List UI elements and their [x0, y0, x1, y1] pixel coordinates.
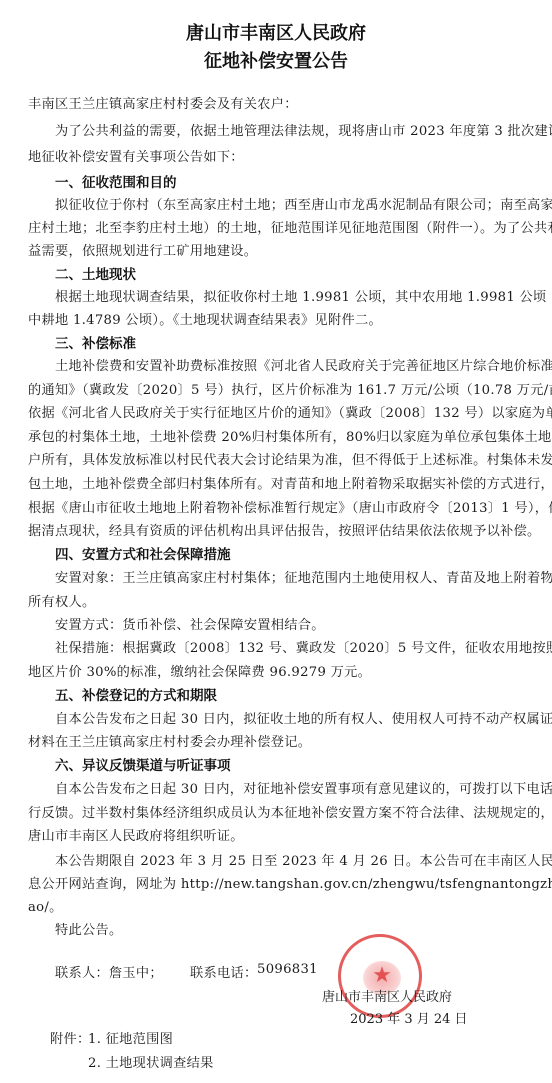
attachment-item: 1. 征地范围图	[88, 1028, 173, 1047]
addressee: 丰南区王兰庄镇高家庄村村委会及有关农户：	[28, 93, 298, 112]
body-line: 社保措施：根据冀政〔2008〕132 号、冀政发〔2020〕5 号文件，征收农用…	[55, 637, 552, 656]
body-line: 安置对象：王兰庄镇高家庄村村集体；征地范围内土地使用权人、青苗及地上附着物	[55, 567, 552, 586]
signature-organization: 唐山市丰南区人民政府	[322, 986, 452, 1005]
intro-line: 为了公共利益的需要，依据土地管理法律法规，现将唐山市 2023 年度第 3 批次…	[55, 120, 552, 139]
url-line: 息公开网站查询，网址为 http://new.tangshan.gov.cn/z…	[28, 873, 552, 892]
body-line: 行反馈。过半数村集体经济组织成员认为本征地补偿安置方案不符合法律、法规规定的，	[28, 802, 552, 821]
body-line: 本公告期限自 2023 年 3 月 25 日至 2023 年 4 月 26 日。…	[55, 850, 552, 869]
section-heading-objection: 六、异议反馈渠道与听证事项	[55, 754, 231, 774]
attachment-item: 2. 土地现状调查结果	[88, 1052, 214, 1071]
body-line: 益需要，依照规划进行工矿用地建设。	[28, 240, 257, 259]
body-line: 据清点现状，经具有资质的评估机构出具评估报告，按照评估结果依法依规予以补偿。	[28, 520, 541, 539]
body-line: 庄村土地；北至李豹庄村土地）的土地，征地范围详见征地范围图（附件一）。为了公共利	[28, 217, 552, 236]
contact-person: 联系人：詹玉中；	[55, 962, 163, 981]
body-line: 所有权人。	[28, 591, 95, 610]
section-heading-land-status: 二、土地现状	[55, 263, 136, 283]
body-line: 拟征收位于你村（东至高家庄村土地；西至唐山市龙禹水泥制品有限公司；南至高家	[55, 194, 552, 213]
body-line: 承包的村集体土地，土地补偿费 20%归村集体所有，80%归以家庭为单位承包集体土…	[28, 426, 552, 445]
document-title-line1: 唐山市丰南区人民政府	[0, 19, 552, 45]
contact-phone-label: 联系电话：	[190, 962, 257, 981]
attachments-label: 附件：	[50, 1028, 90, 1047]
body-line: 依据《河北省人民政府关于实行征地区片价的通知》（冀政〔2008〕132 号）以家…	[28, 402, 552, 421]
body-line: 土地补偿费和安置补助费标准按照《河北省人民政府关于完善征地区片综合地价标准	[55, 355, 552, 374]
body-line: 唐山市丰南区人民政府将组织听证。	[28, 825, 244, 844]
body-line: 材料在王兰庄镇高家庄村村委会办理补偿登记。	[28, 731, 311, 750]
body-line: 地区片价 30%的标准，缴纳社会保障费 96.9279 万元。	[28, 661, 371, 680]
body-line: 户所有，具体发放标准以村民代表大会讨论结果为准，但不得低于上述标准。村集体未发	[28, 449, 552, 468]
body-line: 根据土地现状调查结果，拟征收你村土地 1.9981 公顷，其中农用地 1.998…	[55, 286, 552, 305]
body-line: 自本公告发布之日起 30 日内，对征地补偿安置事项有意见建议的，可拨打以下电话进	[55, 778, 552, 797]
body-line: 根据《唐山市征收土地地上附着物补偿标准暂行规定》（唐山市政府令〔2013〕1 号…	[28, 497, 552, 516]
contact-phone-number: 5096831	[257, 962, 318, 977]
signature-date: 2023 年 3 月 24 日	[350, 1008, 468, 1027]
body-line: 中耕地 1.4789 公顷）。《土地现状调查结果表》见附件二。	[28, 309, 382, 328]
body-line: 自本公告发布之日起 30 日内，拟征收土地的所有权人、使用权人可持不动产权属证明	[55, 708, 552, 727]
seal-star-icon: ★	[341, 963, 423, 988]
body-line: 安置方式：货币补偿、社会保障安置相结合。	[55, 614, 325, 633]
url-line-end: ao/。	[28, 896, 63, 915]
closing-text: 特此公告。	[55, 919, 122, 938]
body-line: 包土地，土地补偿费全部归村集体所有。对青苗和地上附着物采取据实补偿的方式进行，	[28, 473, 552, 492]
official-seal-stamp: ★	[338, 934, 422, 1018]
intro-line: 地征收补偿安置有关事项公告如下：	[28, 146, 244, 165]
section-heading-scope: 一、征收范围和目的	[55, 171, 177, 191]
section-heading-resettlement: 四、安置方式和社会保障措施	[55, 543, 231, 563]
body-line: 的通知》（冀政发〔2020〕5 号）执行，区片价标准为 161.7 万元/公顷（…	[28, 379, 552, 398]
document-title-line2: 征地补偿安置公告	[0, 47, 552, 73]
section-heading-registration: 五、补偿登记的方式和期限	[55, 684, 217, 704]
section-heading-compensation: 三、补偿标准	[55, 332, 136, 352]
